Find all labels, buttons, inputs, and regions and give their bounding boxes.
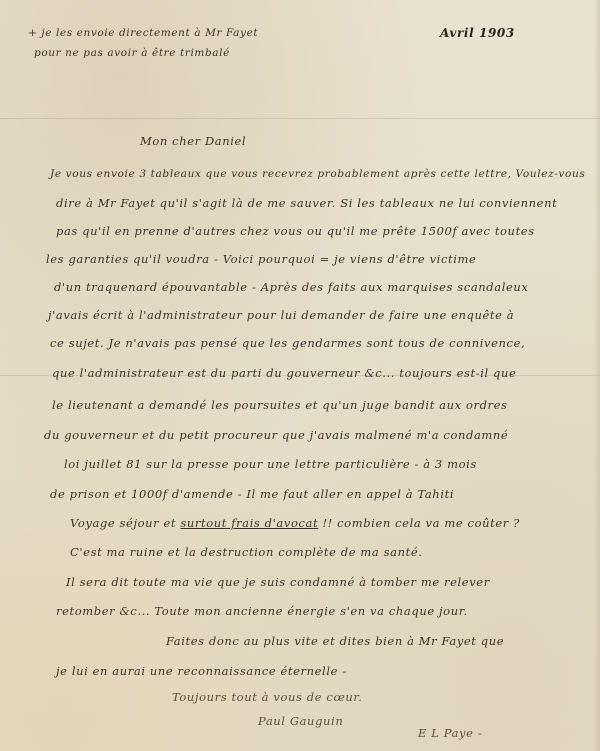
postscript-line-1: + je les envoie directement à Mr Fayet	[28, 27, 258, 39]
closing: Toujours tout à vous de cœur.	[172, 690, 363, 704]
body-line: loi juillet 81 sur la presse pour une le…	[64, 457, 477, 471]
letter-page: + je les envoie directement à Mr Fayet p…	[0, 0, 600, 751]
body-line: d'un traquenard épouvantable - Après des…	[54, 280, 528, 294]
body-line: C'est ma ruine et la destruction complèt…	[70, 545, 423, 559]
body-line: le lieutenant a demandé les poursuites e…	[52, 398, 508, 412]
signature: Paul Gauguin	[258, 714, 343, 728]
body-line: pas qu'il en prenne d'autres chez vous o…	[56, 224, 535, 238]
annotation: E L Paye -	[418, 726, 482, 740]
body-line: de prison et 1000f d'amende - Il me faut…	[50, 487, 454, 501]
body-line: du gouverneur et du petit procureur que …	[44, 428, 508, 442]
letter-date: Avril 1903	[440, 26, 515, 40]
body-line: les garanties qu'il voudra - Voici pourq…	[46, 252, 476, 266]
postscript-line-2: pour ne pas avoir à être trimbalé	[34, 47, 230, 59]
body-line: j'avais écrit à l'administrateur pour lu…	[48, 308, 514, 322]
paper-fold	[0, 118, 600, 119]
body-line: je lui en aurai une reconnaissance étern…	[56, 664, 347, 678]
body-line: dire à Mr Fayet qu'il s'agit là de me sa…	[56, 196, 557, 210]
paper-edge	[594, 0, 600, 751]
salutation: Mon cher Daniel	[140, 134, 246, 148]
body-line: Je vous envoie 3 tableaux que vous recev…	[50, 168, 585, 180]
body-line-underlined: Voyage séjour et surtout frais d'avocat …	[70, 516, 520, 530]
body-line: ce sujet. Je n'avais pas pensé que les g…	[50, 336, 525, 350]
body-line: Il sera dit toute ma vie que je suis con…	[66, 575, 490, 589]
body-line: que l'administrateur est du parti du gou…	[52, 366, 516, 380]
body-line: Faites donc au plus vite et dites bien à…	[166, 634, 504, 648]
body-line: retomber &c... Toute mon ancienne énergi…	[56, 604, 468, 618]
underlined-text: surtout frais d'avocat	[180, 516, 318, 530]
